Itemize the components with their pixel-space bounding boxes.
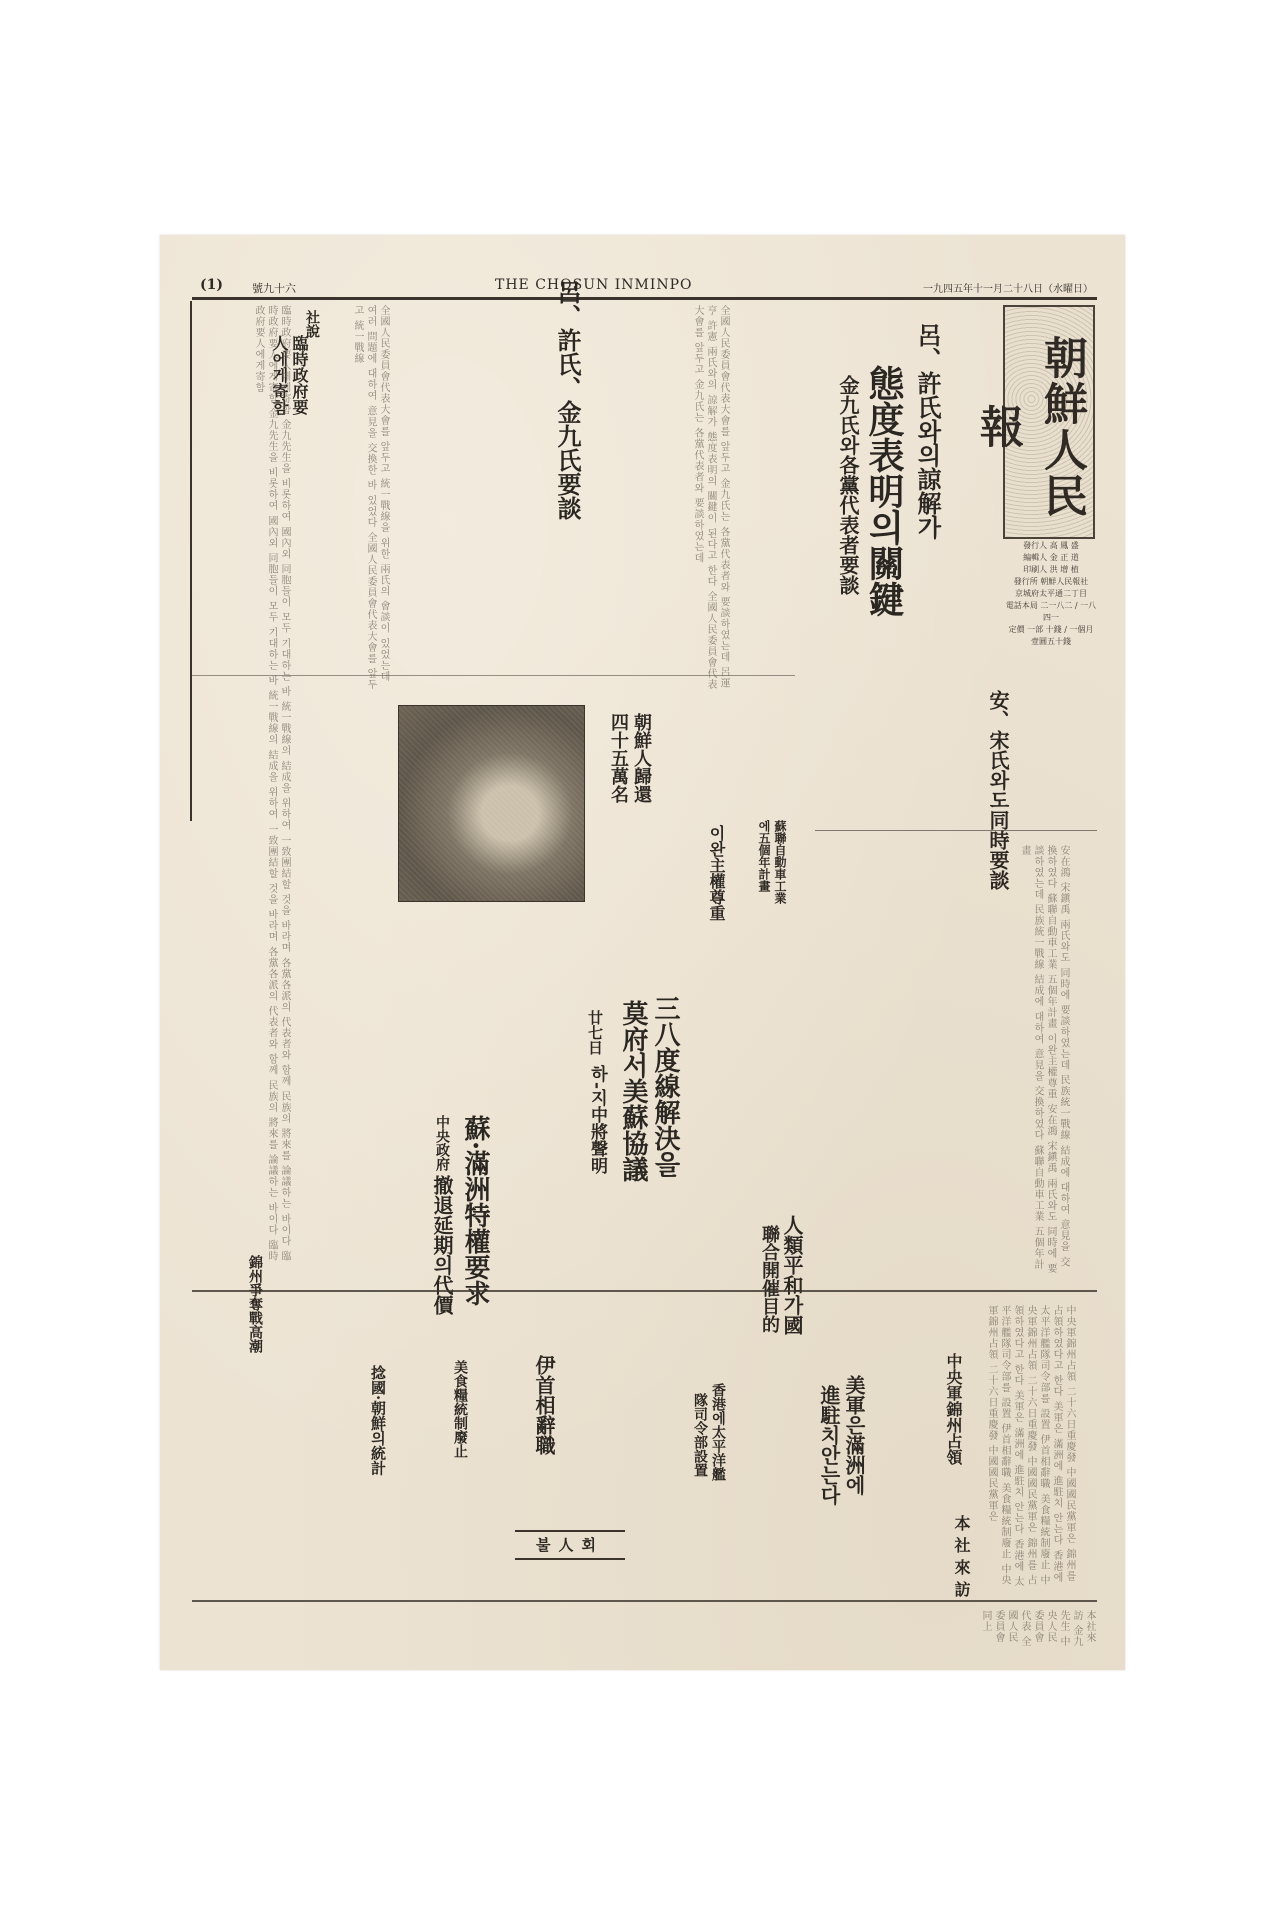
newspaper-logo: 朝鮮人民報 bbox=[1003, 305, 1095, 539]
section-rule bbox=[192, 1290, 1097, 1292]
lead-kicker: 呂、許氏와의諒解가 bbox=[910, 323, 945, 539]
second-headline: 呂、許氏、金九氏要談 bbox=[550, 280, 585, 520]
article-text: 本社來訪 金九先生 中央人民委員會 代表 全國人民委員會 同上 bbox=[196, 1610, 1096, 1650]
lead-subheadline: 金九氏와各黨代表者要談 bbox=[834, 375, 863, 595]
soviet-kicker: 中央政府 bbox=[432, 1115, 452, 1171]
editorial-title-1: 臨時政府要 bbox=[288, 335, 311, 415]
section-rule-right bbox=[815, 830, 1097, 831]
editorial-label: 社說 bbox=[302, 310, 322, 338]
left-border-rule bbox=[190, 301, 192, 821]
hodge-date: 廿七日 bbox=[585, 1010, 606, 1055]
article-text: 中央軍錦州占領 二十六日重慶發 中國國民黨軍은 錦州를 占領하였다고 한다 美軍… bbox=[196, 1305, 1076, 1595]
article-text: 臨時政府要人에게寄함 金九先生을 비롯하여 國內외 同胞들이 모두 기대하는 바… bbox=[196, 305, 291, 1265]
koreans-return-headline-1: 朝鮮人歸還 bbox=[628, 713, 654, 803]
header-rule bbox=[192, 297, 1097, 300]
page-number: (1) bbox=[200, 277, 223, 293]
koreans-return-headline-2: 四十五萬名 bbox=[605, 713, 631, 803]
logo-title: 朝鮮人民報 bbox=[1005, 317, 1093, 537]
article-text: 全國人民委員會代表大會를 앞두고 統一戰線을 위한 兩氏의 會談이 있었는데 여… bbox=[320, 305, 390, 695]
newspaper-page: (1) 號九十六 THE CHOSUN INMINPO 一九四五年十一月二十八日… bbox=[160, 235, 1125, 1670]
issue-number: 號九十六 bbox=[252, 280, 296, 296]
line38-headline-2: 莫府서美蘇協議 bbox=[615, 1000, 652, 1182]
date-line: 一九四五年十一月二十八日（水曜日） bbox=[923, 280, 1093, 295]
news-photo bbox=[398, 705, 585, 902]
article-text: 安在鴻 宋鎭禹 兩氏와도 同時에 要談하였는데 民族統一戰線 結成에 대하여 意… bbox=[730, 845, 1070, 1275]
line38-headline-1: 三八度線解決을 bbox=[647, 995, 684, 1177]
english-masthead: THE CHOSUN INMINPO bbox=[495, 277, 693, 293]
lead-headline: 態度表明의關鍵 bbox=[859, 365, 910, 617]
publisher-info: 發行人 高 鳳 盛 編輯人 金 正 道 印刷人 洪 增 植 發行所 朝鮮人民報社… bbox=[1005, 540, 1097, 648]
article-text: 全國人民委員會代表大會를 앞두고 金九氏는 各黨代表者와 要談하였는데 呂運亨 … bbox=[590, 305, 730, 695]
page-header: (1) 號九十六 THE CHOSUN INMINPO 一九四五年十一月二十八日… bbox=[190, 277, 1097, 297]
soviet-headline: 蘇·滿洲特權要求 bbox=[457, 1115, 494, 1306]
soviet-subheadline: 撤退延期의代價 bbox=[428, 1175, 457, 1315]
bottom-rule bbox=[192, 1600, 1097, 1602]
hodge-statement: 하-지中將聲明 bbox=[585, 1065, 610, 1174]
independence-headline: 이완主權尊重 bbox=[705, 825, 728, 921]
